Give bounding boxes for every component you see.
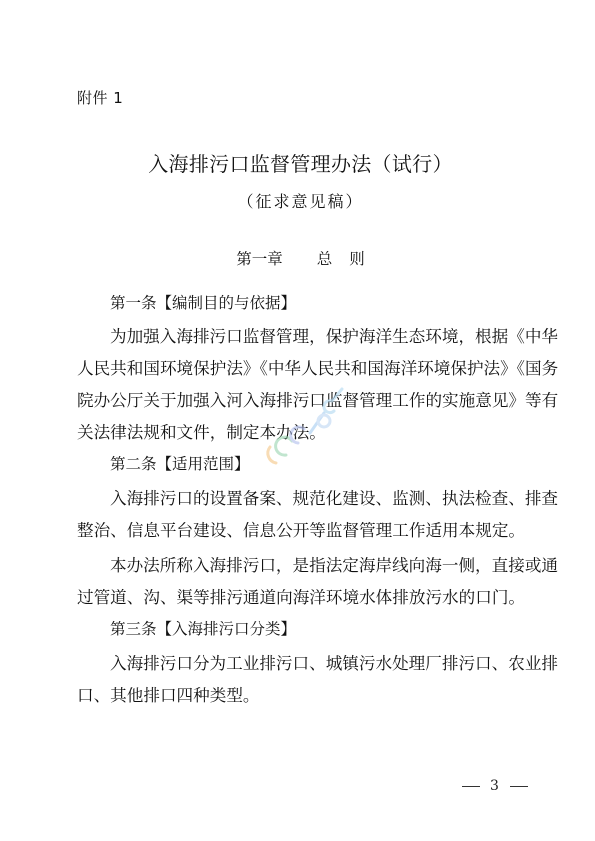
page-number: 3 bbox=[462, 778, 528, 794]
article-2-paragraph-line: 整治、信息平台建设、信息公开等监督管理工作适用本规定。 bbox=[77, 515, 521, 547]
article-1-paragraph-line: 关法律法规和文件，制定本办法。 bbox=[77, 417, 521, 449]
document-body: 第一条【编制目的与依据】 为加强入海排污口监督管理，保护海洋生态环境，根据《中华… bbox=[77, 287, 521, 712]
article-3-heading: 第三条【入海排污口分类】 bbox=[77, 613, 521, 645]
article-2-paragraph2-line: 本办法所称入海排污口，是指法定海岸线向海一侧，直接或通 bbox=[77, 550, 521, 582]
chapter-heading: 第一章总则 bbox=[0, 247, 595, 269]
article-1-heading: 第一条【编制目的与依据】 bbox=[77, 287, 521, 319]
article-3-paragraph-line: 口、其他排口四种类型。 bbox=[77, 680, 521, 712]
article-2-paragraph-line: 入海排污口的设置备案、规范化建设、监测、执法检查、排查 bbox=[77, 483, 521, 515]
chapter-number: 第一章 bbox=[236, 250, 283, 268]
chapter-name-2: 则 bbox=[349, 250, 365, 268]
page-number-value: 3 bbox=[490, 778, 500, 794]
article-3-paragraph-line: 入海排污口分为工业排污口、城镇污水处理厂排污口、农业排 bbox=[77, 648, 521, 680]
article-1-paragraph-line: 为加强入海排污口监督管理，保护海洋生态环境，根据《中华 bbox=[77, 321, 521, 353]
dash-right bbox=[510, 786, 528, 787]
document-page: 附件 1 入海排污口监督管理办法（试行） （征求意见稿） 第一章总则 第一条【编… bbox=[0, 0, 595, 841]
chapter-name-1: 总 bbox=[317, 250, 333, 268]
document-title: 入海排污口监督管理办法（试行） bbox=[0, 148, 595, 177]
article-2-heading: 第二条【适用范围】 bbox=[77, 448, 521, 480]
article-1-paragraph-line: 人民共和国环境保护法》《中华人民共和国海洋环境保护法》《国务 bbox=[77, 353, 521, 385]
article-1-paragraph-line: 院办公厅关于加强入河入海排污口监督管理工作的实施意见》等有 bbox=[77, 385, 521, 417]
dash-left bbox=[462, 786, 480, 787]
attachment-label: 附件 1 bbox=[77, 87, 123, 108]
article-2-paragraph2-line: 过管道、沟、渠等排污通道向海洋环境水体排放污水的口门。 bbox=[77, 582, 521, 614]
document-subtitle: （征求意见稿） bbox=[0, 189, 595, 212]
